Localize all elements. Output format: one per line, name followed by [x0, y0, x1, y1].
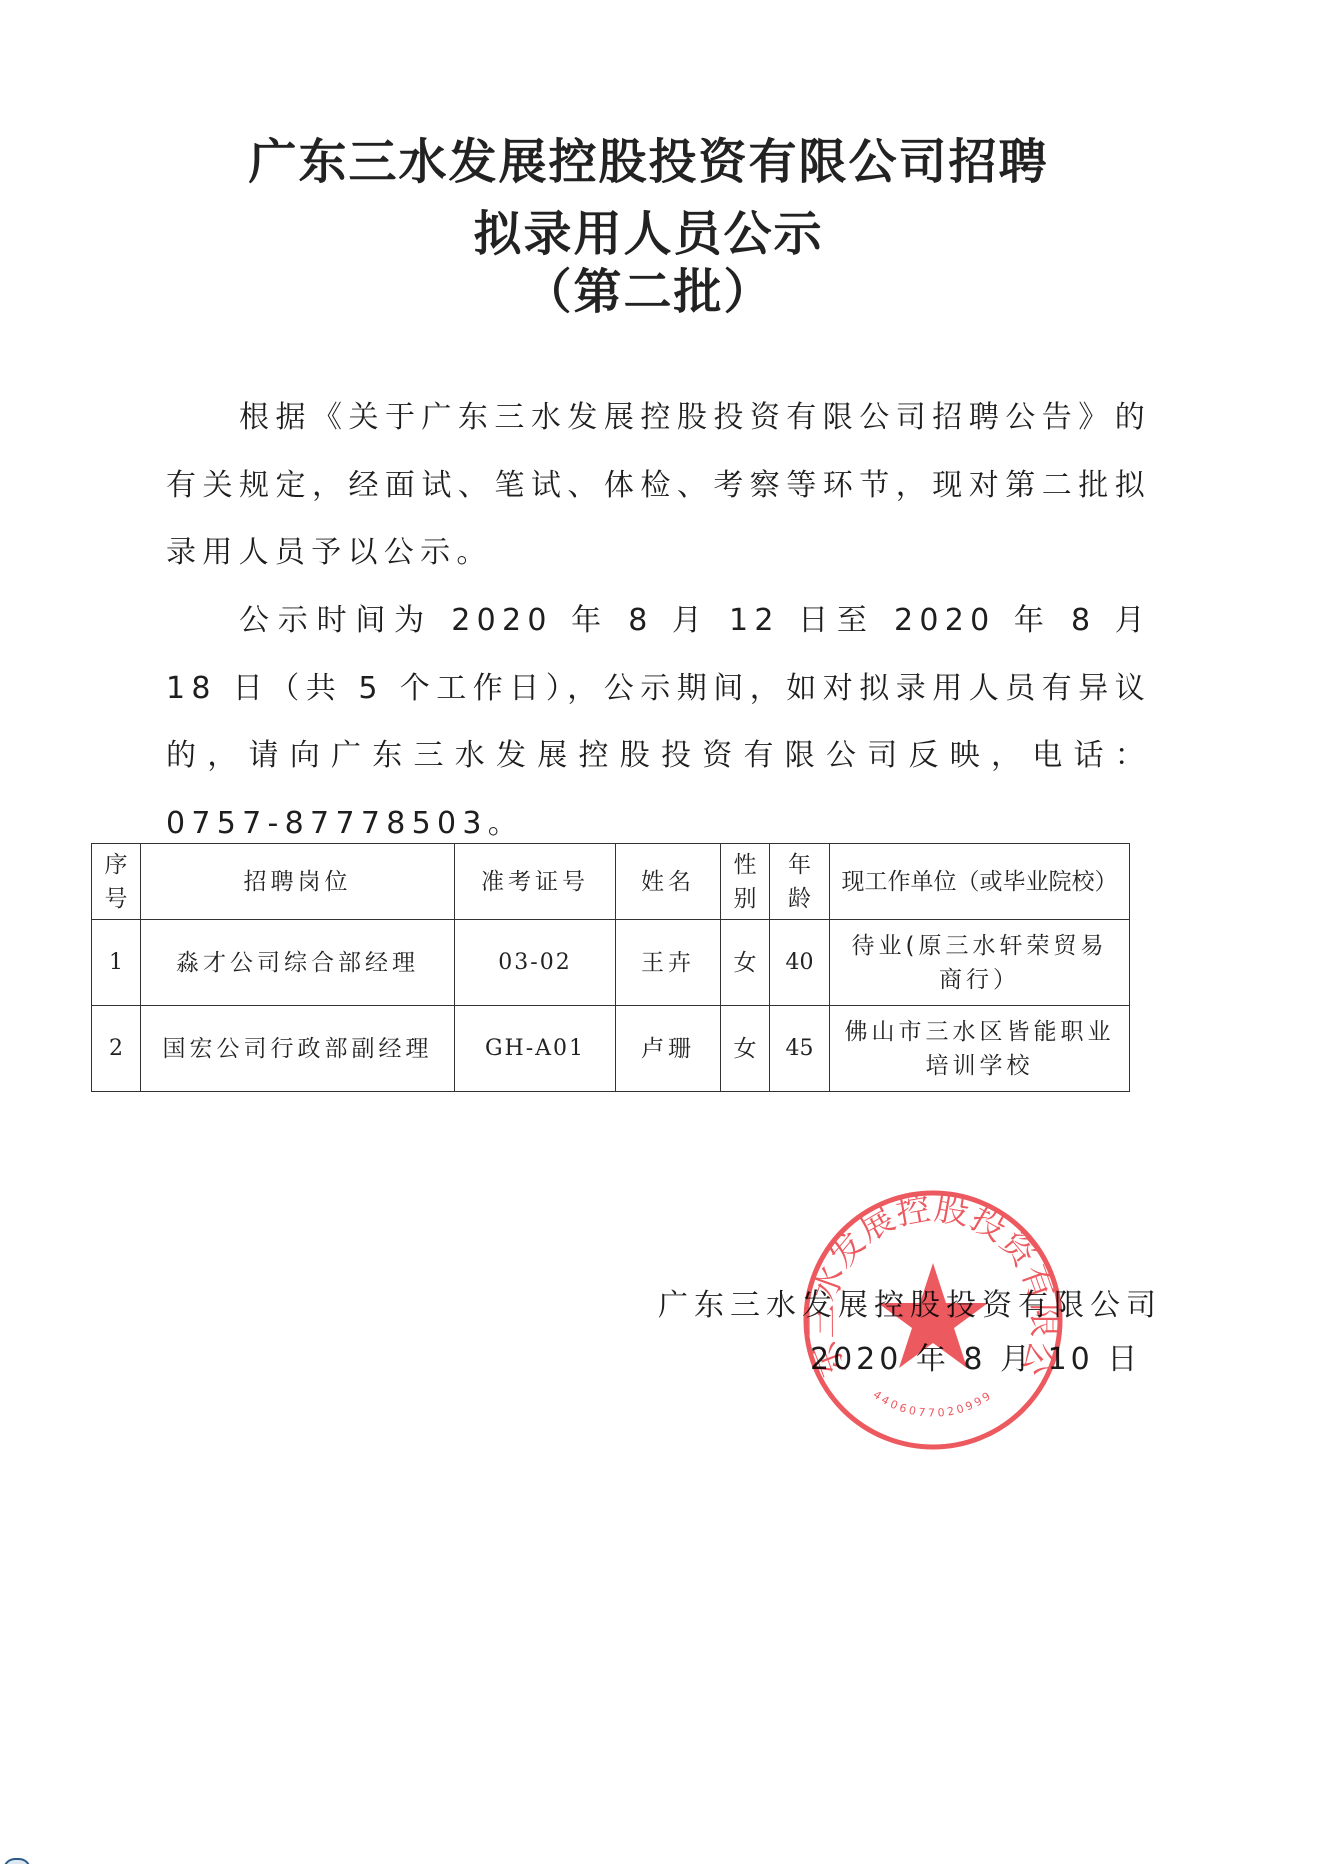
cell-gender: 女	[721, 920, 770, 1006]
cell-age: 45	[770, 1006, 830, 1092]
table-row: 1 淼才公司综合部经理 03-02 王卉 女 40 待业(原三水轩荣贸易商行）	[92, 920, 1130, 1006]
cell-name: 王卉	[616, 920, 721, 1006]
svg-text:4406077020999: 4406077020999	[871, 1388, 996, 1420]
cell-gender: 女	[721, 1006, 770, 1092]
table-row: 2 国宏公司行政部副经理 GH-A01 卢珊 女 45 佛山市三水区皆能职业培训…	[92, 1006, 1130, 1092]
body-paragraph-period: 公示时间为 2020 年 8 月 12 日至 2020 年 8 月 18 日（共…	[166, 587, 1151, 857]
header-seq: 序号	[92, 844, 141, 920]
cell-position: 国宏公司行政部副经理	[141, 1006, 455, 1092]
scan-corner-mark	[3, 1858, 31, 1864]
cell-workplace: 待业(原三水轩荣贸易商行）	[830, 920, 1130, 1006]
header-name: 姓名	[616, 844, 721, 920]
star-icon	[878, 1263, 988, 1368]
table-header-row: 序号 招聘岗位 准考证号 姓名 性别 年龄 现工作单位（或毕业院校）	[92, 844, 1130, 920]
document-title-line-2: 拟录用人员公示	[0, 204, 1307, 264]
cell-name: 卢珊	[616, 1006, 721, 1092]
header-workplace: 现工作单位（或毕业院校）	[830, 844, 1130, 920]
header-position: 招聘岗位	[141, 844, 455, 920]
header-age: 年龄	[770, 844, 830, 920]
cell-exam-no: GH-A01	[455, 1006, 616, 1092]
seal-icon: 广东三水发展控股投资有限公司 4406077020999	[800, 1187, 1066, 1453]
cell-exam-no: 03-02	[455, 920, 616, 1006]
cell-seq: 1	[92, 920, 141, 1006]
header-exam-no: 准考证号	[455, 844, 616, 920]
candidate-table: 序号 招聘岗位 准考证号 姓名 性别 年龄 现工作单位（或毕业院校） 1 淼才公…	[91, 843, 1130, 1092]
seal-code: 4406077020999	[871, 1388, 996, 1420]
cell-seq: 2	[92, 1006, 141, 1092]
document-title-line-3: （第二批）	[0, 262, 1307, 322]
cell-position: 淼才公司综合部经理	[141, 920, 455, 1006]
header-gender: 性别	[721, 844, 770, 920]
company-seal: 广东三水发展控股投资有限公司 4406077020999	[800, 1187, 1066, 1453]
document-title-line-1: 广东三水发展控股投资有限公司招聘	[0, 132, 1307, 192]
body-paragraph-basis: 根据《关于广东三水发展控股投资有限公司招聘公告》的有关规定，经面试、笔试、体检、…	[166, 384, 1151, 587]
cell-workplace: 佛山市三水区皆能职业培训学校	[830, 1006, 1130, 1092]
cell-age: 40	[770, 920, 830, 1006]
